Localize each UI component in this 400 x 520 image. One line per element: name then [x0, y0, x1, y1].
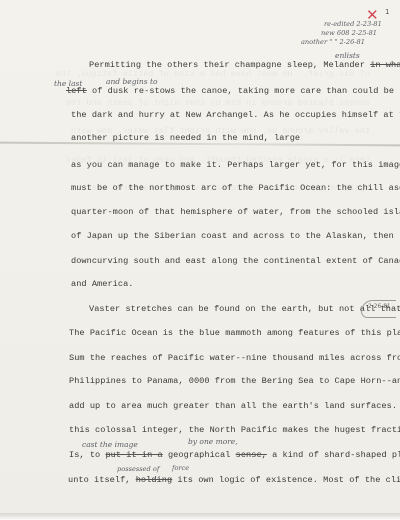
margin-note-reedited: re-edited 2-23-81 — [324, 20, 382, 28]
manuscript-page: of his grief. He must have had a kind of… — [0, 0, 400, 520]
text-line-13: Philippines to Panama, 0000 from the Ber… — [69, 376, 400, 386]
insert-force: force — [172, 464, 189, 472]
date-stamp: 2-26-81 — [361, 300, 396, 318]
text-line-16: Is, to put it in a geographical sense, a… — [69, 450, 400, 460]
insert-possessed-of: possessed of — [117, 465, 159, 473]
insert-and-begins-to: and begins to — [106, 77, 158, 86]
text-line-8: downcurving south and east along the con… — [71, 256, 400, 266]
text-line-2: the dark and hurry at New Archangel. As … — [71, 110, 400, 120]
insert-by-one-more: by one more, — [188, 437, 238, 446]
margin-note-another: another " " 2-26-81 — [301, 38, 365, 46]
text-line-9: and America. — [71, 279, 134, 289]
margin-note-new: new 608 2-25-81 — [321, 29, 377, 37]
text-line-14: add up to area much greater than all the… — [69, 401, 400, 411]
text-line-5: must be of the northmost arc of the Paci… — [71, 183, 400, 193]
page-number: 1 — [385, 8, 389, 16]
text-line-0: Permitting the others their champagne sl… — [89, 60, 400, 70]
insert-cast-the-image: cast the image — [82, 440, 138, 449]
text-line-12: Sum the reaches of Pacific water--nine t… — [69, 353, 400, 363]
page-bottom-edge — [0, 513, 400, 520]
text-line-7: of Japan up the Siberian coast and acros… — [71, 231, 394, 241]
text-line-10: Vaster stretches can be found on the ear… — [89, 304, 400, 314]
insert-enlists: enlists — [335, 51, 360, 60]
text-line-17: unto itself, holding its own logic of ex… — [68, 475, 400, 485]
text-line-15: this colossal integer, the North Pacific… — [69, 425, 400, 435]
text-line-6: quarter-moon of that hemisphere of water… — [71, 207, 400, 217]
text-line-11: The Pacific Ocean is the blue mammoth am… — [69, 328, 400, 338]
text-line-1: left of dusk re-stows the canoe, taking … — [66, 86, 400, 96]
text-line-4: as you can manage to make it. Perhaps la… — [71, 160, 400, 170]
